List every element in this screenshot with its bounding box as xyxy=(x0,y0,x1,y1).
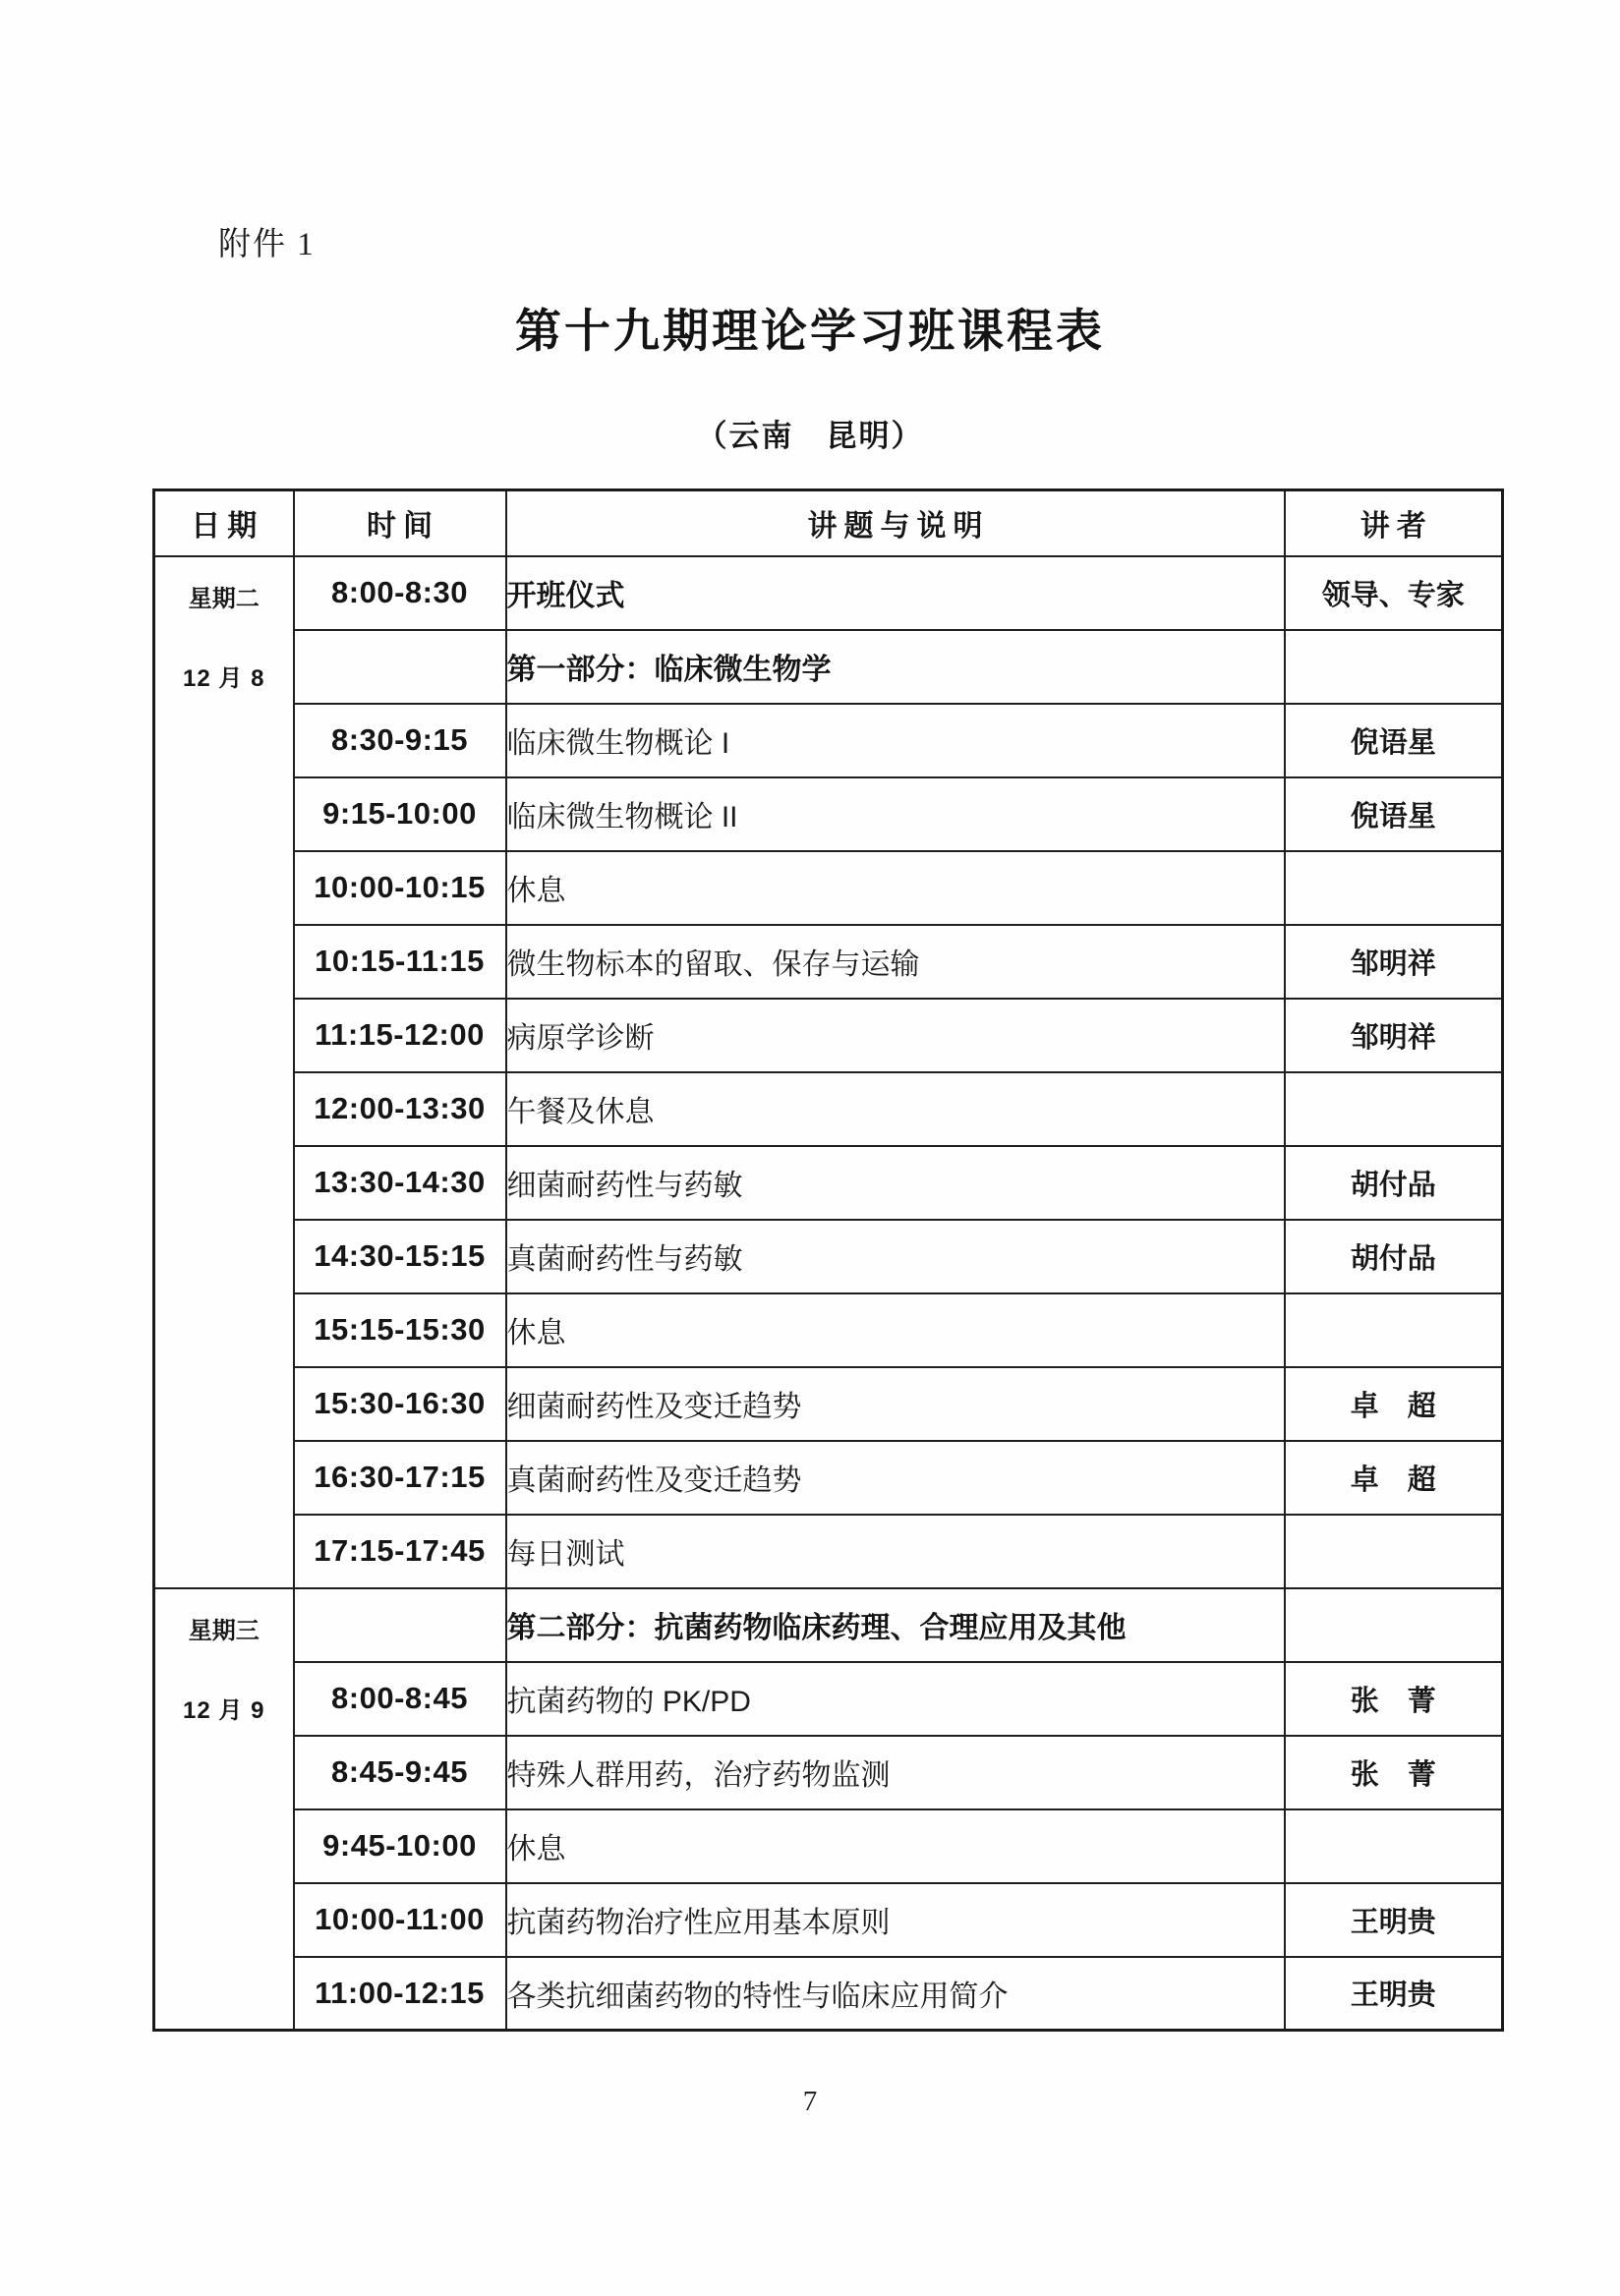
table-row: 15:15-15:30 休息 xyxy=(154,1293,1503,1367)
time-cell xyxy=(294,1588,506,1662)
header-time: 时间 xyxy=(294,490,506,556)
speaker-cell xyxy=(1285,1293,1503,1367)
time-cell: 15:15-15:30 xyxy=(294,1293,506,1367)
speaker-cell xyxy=(1285,1072,1503,1146)
header-speaker: 讲者 xyxy=(1285,490,1503,556)
time-cell: 10:15-11:15 xyxy=(294,925,506,999)
speaker-cell: 胡付品 xyxy=(1285,1220,1503,1293)
topic-cell: 抗菌药物的 PK/PD xyxy=(506,1662,1285,1736)
speaker-cell: 王明贵 xyxy=(1285,1957,1503,2031)
speaker-cell: 卓 超 xyxy=(1285,1367,1503,1441)
speaker-cell xyxy=(1285,1588,1503,1662)
topic-cell: 各类抗细菌药物的特性与临床应用简介 xyxy=(506,1957,1285,2031)
table-row: 13:30-14:30 细菌耐药性与药敏 胡付品 xyxy=(154,1146,1503,1220)
table-header-row: 日期 时间 讲题与说明 讲者 xyxy=(154,490,1503,556)
speaker-cell: 张 菁 xyxy=(1285,1662,1503,1736)
table-row: 9:45-10:00 休息 xyxy=(154,1809,1503,1883)
topic-cell: 第一部分：临床微生物学 xyxy=(506,630,1285,704)
speaker-cell xyxy=(1285,1809,1503,1883)
header-topic: 讲题与说明 xyxy=(506,490,1285,556)
table-row: 11:15-12:00 病原学诊断 邹明祥 xyxy=(154,999,1503,1072)
time-cell: 8:00-8:30 xyxy=(294,556,506,630)
schedule-table-container: 日期 时间 讲题与说明 讲者 星期二 12 月 8 8:00-8:30 开班仪式… xyxy=(152,488,1504,2032)
time-cell xyxy=(294,630,506,704)
table-row: 14:30-15:15 真菌耐药性与药敏 胡付品 xyxy=(154,1220,1503,1293)
speaker-cell: 邹明祥 xyxy=(1285,999,1503,1072)
topic-cell: 病原学诊断 xyxy=(506,999,1285,1072)
table-row: 10:00-10:15 休息 xyxy=(154,851,1503,925)
topic-cell: 临床微生物概论 II xyxy=(506,777,1285,851)
speaker-cell: 倪语星 xyxy=(1285,704,1503,777)
table-row: 17:15-17:45 每日测试 xyxy=(154,1515,1503,1588)
table-row: 16:30-17:15 真菌耐药性及变迁趋势 卓 超 xyxy=(154,1441,1503,1515)
topic-cell: 真菌耐药性及变迁趋势 xyxy=(506,1441,1285,1515)
topic-cell: 第二部分：抗菌药物临床药理、合理应用及其他 xyxy=(506,1588,1285,1662)
topic-cell: 抗菌药物治疗性应用基本原则 xyxy=(506,1883,1285,1957)
time-cell: 16:30-17:15 xyxy=(294,1441,506,1515)
speaker-cell: 领导、专家 xyxy=(1285,556,1503,630)
topic-cell: 休息 xyxy=(506,1293,1285,1367)
time-cell: 9:45-10:00 xyxy=(294,1809,506,1883)
topic-cell: 临床微生物概论 I xyxy=(506,704,1285,777)
speaker-cell: 卓 超 xyxy=(1285,1441,1503,1515)
topic-cell: 微生物标本的留取、保存与运输 xyxy=(506,925,1285,999)
scanned-document-page: 附件 1 第十九期理论学习班课程表 （云南 昆明） 日期 时间 讲题与说明 讲者… xyxy=(0,0,1620,2296)
schedule-table: 日期 时间 讲题与说明 讲者 星期二 12 月 8 8:00-8:30 开班仪式… xyxy=(152,488,1504,2032)
table-row: 10:00-11:00 抗菌药物治疗性应用基本原则 王明贵 xyxy=(154,1883,1503,1957)
topic-cell: 细菌耐药性及变迁趋势 xyxy=(506,1367,1285,1441)
time-cell: 13:30-14:30 xyxy=(294,1146,506,1220)
table-row: 星期二 12 月 8 8:00-8:30 开班仪式 领导、专家 xyxy=(154,556,1503,630)
table-row: 12:00-13:30 午餐及休息 xyxy=(154,1072,1503,1146)
table-row: 8:00-8:45 抗菌药物的 PK/PD 张 菁 xyxy=(154,1662,1503,1736)
speaker-cell: 张 菁 xyxy=(1285,1736,1503,1809)
topic-cell: 午餐及休息 xyxy=(506,1072,1285,1146)
topic-cell: 开班仪式 xyxy=(506,556,1285,630)
time-cell: 8:00-8:45 xyxy=(294,1662,506,1736)
date-cell-day2: 星期三 12 月 9 xyxy=(154,1588,294,2031)
topic-cell: 休息 xyxy=(506,1809,1285,1883)
time-cell: 14:30-15:15 xyxy=(294,1220,506,1293)
speaker-cell xyxy=(1285,851,1503,925)
table-row: 11:00-12:15 各类抗细菌药物的特性与临床应用简介 王明贵 xyxy=(154,1957,1503,2031)
table-row: 15:30-16:30 细菌耐药性及变迁趋势 卓 超 xyxy=(154,1367,1503,1441)
topic-cell: 细菌耐药性与药敏 xyxy=(506,1146,1285,1220)
page-number: 7 xyxy=(0,2086,1620,2118)
speaker-cell: 胡付品 xyxy=(1285,1146,1503,1220)
speaker-cell xyxy=(1285,1515,1503,1588)
page-title: 第十九期理论学习班课程表 xyxy=(0,295,1620,361)
time-cell: 17:15-17:45 xyxy=(294,1515,506,1588)
time-cell: 8:30-9:15 xyxy=(294,704,506,777)
page-subtitle: （云南 昆明） xyxy=(0,411,1620,455)
time-cell: 10:00-10:15 xyxy=(294,851,506,925)
speaker-cell: 王明贵 xyxy=(1285,1883,1503,1957)
speaker-cell: 倪语星 xyxy=(1285,777,1503,851)
table-row: 8:45-9:45 特殊人群用药，治疗药物监测 张 菁 xyxy=(154,1736,1503,1809)
time-cell: 12:00-13:30 xyxy=(294,1072,506,1146)
table-row: 9:15-10:00 临床微生物概论 II 倪语星 xyxy=(154,777,1503,851)
weekday-label: 星期三 xyxy=(155,1611,293,1645)
time-cell: 11:15-12:00 xyxy=(294,999,506,1072)
table-row: 第一部分：临床微生物学 xyxy=(154,630,1503,704)
date-cell-day1: 星期二 12 月 8 xyxy=(154,556,294,1588)
time-cell: 10:00-11:00 xyxy=(294,1883,506,1957)
header-date: 日期 xyxy=(154,490,294,556)
table-row: 星期三 12 月 9 第二部分：抗菌药物临床药理、合理应用及其他 xyxy=(154,1588,1503,1662)
topic-cell: 每日测试 xyxy=(506,1515,1285,1588)
speaker-cell xyxy=(1285,630,1503,704)
table-row: 10:15-11:15 微生物标本的留取、保存与运输 邹明祥 xyxy=(154,925,1503,999)
weekday-label: 星期二 xyxy=(155,579,293,613)
topic-cell: 特殊人群用药，治疗药物监测 xyxy=(506,1736,1285,1809)
table-row: 8:30-9:15 临床微生物概论 I 倪语星 xyxy=(154,704,1503,777)
time-cell: 8:45-9:45 xyxy=(294,1736,506,1809)
date-label: 12 月 9 xyxy=(155,1691,293,1725)
attachment-label: 附件 1 xyxy=(218,218,316,264)
time-cell: 15:30-16:30 xyxy=(294,1367,506,1441)
speaker-cell: 邹明祥 xyxy=(1285,925,1503,999)
date-label: 12 月 8 xyxy=(155,659,293,693)
topic-cell: 休息 xyxy=(506,851,1285,925)
time-cell: 11:00-12:15 xyxy=(294,1957,506,2031)
time-cell: 9:15-10:00 xyxy=(294,777,506,851)
topic-cell: 真菌耐药性与药敏 xyxy=(506,1220,1285,1293)
